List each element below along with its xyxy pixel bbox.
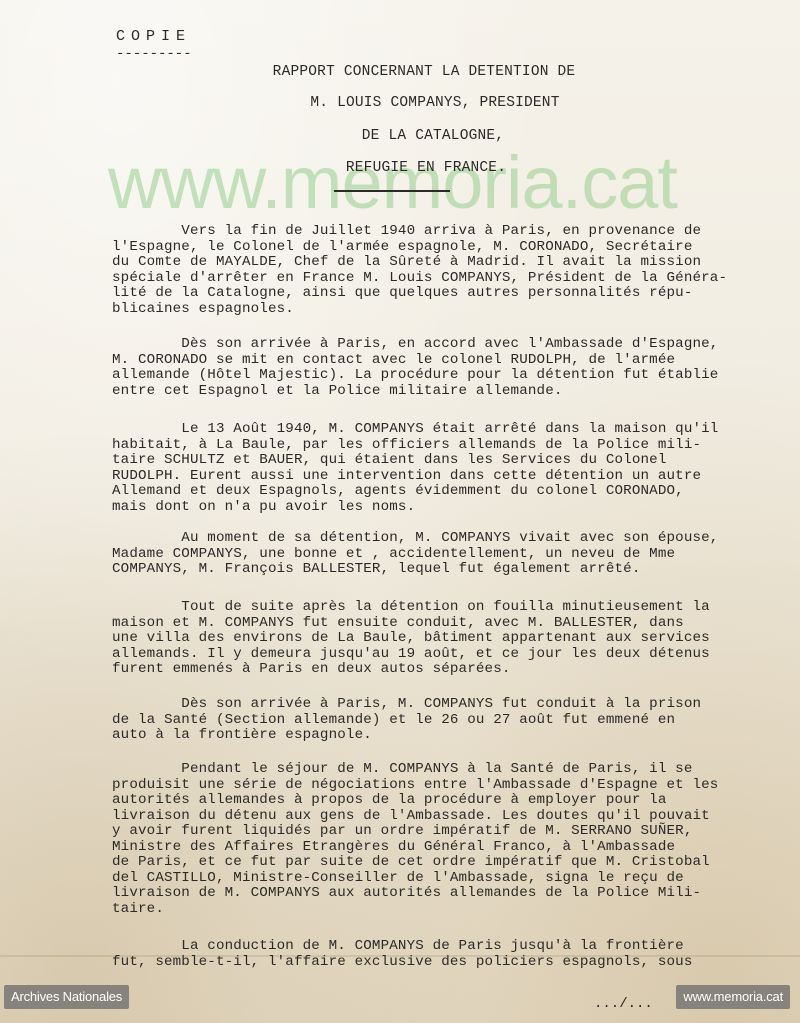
copy-label-underline: --------- [116,46,192,62]
text-line: allemande (Hôtel Majestic). La procédure… [112,368,800,384]
text-line: Dès son arrivée à Paris, M. COMPANYS fut… [112,697,800,713]
text-line: autorités allemandes à propos de la proc… [112,793,800,809]
text-line: furent emmenés à Paris en deux autos sép… [112,662,800,678]
text-line: Le 13 Août 1940, M. COMPANYS était arrêt… [112,422,800,438]
copy-label: COPIE [116,28,191,45]
text-line: M. CORONADO se mit en contact avec le co… [112,353,800,369]
text-line: COMPANYS, M. François BALLESTER, lequel … [112,562,800,578]
text-line: de la Santé (Section allemande) et le 26… [112,713,800,729]
watermark: www.memoria.cat [108,140,677,225]
text-line: lité de la Catalogne, ainsi que quelques… [112,286,800,302]
continuation-mark: .../... [594,996,653,1012]
text-line: RUDOLPH. Eurent aussi une intervention d… [112,469,800,485]
text-line: entre cet Espagnol et la Police militair… [112,384,800,400]
text-line: du Comte de MAYALDE, Chef de la Sûreté à… [112,255,800,271]
title-underline [334,190,450,192]
paragraph-3: Le 13 Août 1940, M. COMPANYS était arrêt… [112,422,800,515]
text-line: de Paris, et ce fut par suite de cet ord… [112,855,800,871]
text-line: mais dont on n'a pu avoir les noms. [112,500,800,516]
text-line: Tout de suite après la détention on foui… [112,600,800,616]
report-title-line-3: DE LA CATALOGNE, [33,128,800,144]
text-line: maison et M. COMPANYS fut ensuite condui… [112,616,800,632]
report-title-line-2: M. LOUIS COMPANYS, PRESIDENT [35,95,800,111]
report-title-line-1: RAPPORT CONCERNANT LA DETENTION DE [24,64,800,80]
text-line: taire. [112,902,800,918]
text-line: Dès son arrivée à Paris, en accord avec … [112,337,800,353]
text-line: l'Espagne, le Colonel de l'armée espagno… [112,240,800,256]
paragraph-1: Vers la fin de Juillet 1940 arriva à Par… [112,224,800,317]
text-line: produisit une série de négociations entr… [112,778,800,794]
text-line: La conduction de M. COMPANYS de Paris ju… [112,939,800,955]
text-line: Allemand et deux Espagnols, agents évide… [112,484,800,500]
text-line: Ministre des Affaires Etrangères du Géné… [112,840,800,856]
text-line: taire SCHULTZ et BAUER, qui étaient dans… [112,453,800,469]
text-line: habitait, à La Baule, par les officiers … [112,438,800,454]
paragraph-8: La conduction de M. COMPANYS de Paris ju… [112,939,800,970]
paragraph-5: Tout de suite après la détention on foui… [112,600,800,678]
report-title-line-4: REFUGIE EN FRANCE. [26,160,800,176]
text-line: fut, semble-t-il, l'affaire exclusive de… [112,955,800,971]
text-line: Au moment de sa détention, M. COMPANYS v… [112,531,800,547]
text-line: livraison du détenu aux gens de l'Ambass… [112,809,800,825]
paragraph-6: Dès son arrivée à Paris, M. COMPANYS fut… [112,697,800,744]
archives-nationales-badge: Archives Nationales [4,985,129,1009]
text-line: une villa des environs de La Baule, bâti… [112,631,800,647]
memoria-cat-badge: www.memoria.cat [676,985,790,1009]
paragraph-4: Au moment de sa détention, M. COMPANYS v… [112,531,800,578]
text-line: blicaines espagnoles. [112,302,800,318]
paragraph-7: Pendant le séjour de M. COMPANYS à la Sa… [112,762,800,917]
text-line: auto à la frontière espagnole. [112,728,800,744]
text-line: del CASTILLO, Ministre-Conseiller de l'A… [112,871,800,887]
text-line: y avoir furent liquidés par un ordre imp… [112,824,800,840]
text-line: allemands. Il y demeura jusqu'au 19 août… [112,647,800,663]
text-line: Madame COMPANYS, une bonne et , accident… [112,547,800,563]
text-line: livraison de M. COMPANYS aux autorités a… [112,886,800,902]
text-line: spéciale d'arrêter en France M. Louis CO… [112,271,800,287]
text-line: Vers la fin de Juillet 1940 arriva à Par… [112,224,800,240]
text-line: Pendant le séjour de M. COMPANYS à la Sa… [112,762,800,778]
paragraph-2: Dès son arrivée à Paris, en accord avec … [112,337,800,399]
